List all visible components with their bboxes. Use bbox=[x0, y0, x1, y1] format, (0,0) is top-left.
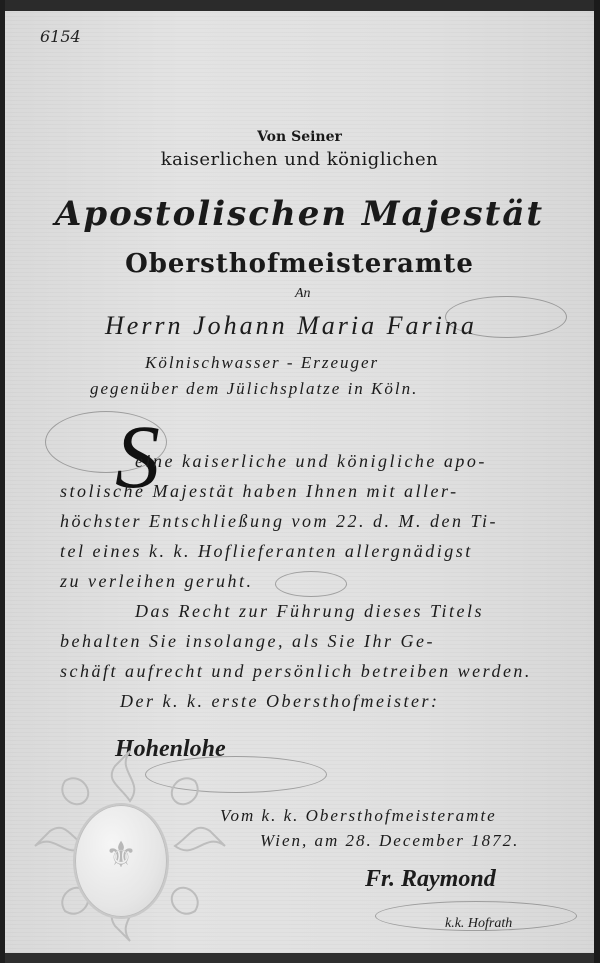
frame-bottom-border bbox=[0, 953, 600, 963]
heading-line-2: kaiserlichen und königlichen bbox=[5, 149, 594, 170]
document-page: 6154 Von Seiner kaiserlichen und königli… bbox=[5, 11, 594, 953]
body-line-8: schäft aufrecht und persönlich betreiben… bbox=[60, 661, 532, 682]
closing-office: Vom k. k. Obersthofmeisteramte bbox=[220, 806, 497, 826]
frame-top-border bbox=[0, 0, 600, 11]
heading-line-3: Apostolischen Majestät bbox=[5, 194, 594, 234]
body-line-6: Das Recht zur Führung dieses Titels bbox=[135, 601, 484, 622]
body-line-1: eine kaiserliche und königliche apo- bbox=[135, 451, 487, 472]
body-line-9: Der k. k. erste Obersthofmeister: bbox=[120, 691, 439, 712]
double-eagle-seal-icon: ⚜ bbox=[73, 803, 169, 919]
heading-line-1: Von Seiner bbox=[5, 129, 594, 145]
signature-title: k.k. Hofrath bbox=[445, 916, 512, 932]
line-end-flourish bbox=[275, 571, 347, 597]
body-line-5: zu verleihen geruht. bbox=[60, 571, 253, 592]
body-line-2: stolische Majestät haben Ihnen mit aller… bbox=[60, 481, 459, 502]
frame-right-border bbox=[594, 0, 600, 963]
address-prefix: An bbox=[295, 286, 311, 302]
body-line-4: tel eines k. k. Hoflieferanten allergnäd… bbox=[60, 541, 473, 562]
body-line-7: behalten Sie insolange, als Sie Ihr Ge- bbox=[60, 631, 435, 652]
archive-number: 6154 bbox=[40, 27, 81, 46]
heading-title: Obersthofmeisteramte bbox=[5, 249, 594, 279]
recipient-occupation: Kölnischwasser - Erzeuger bbox=[145, 353, 379, 373]
signature-raymond: Fr. Raymond bbox=[365, 866, 496, 893]
recipient-location: gegenüber dem Jülichsplatze in Köln. bbox=[90, 379, 418, 399]
eagle-emblem-icon: ⚜ bbox=[75, 835, 167, 876]
name-flourish bbox=[445, 296, 567, 338]
closing-place-date: Wien, am 28. December 1872. bbox=[260, 831, 519, 851]
recipient-name: Herrn Johann Maria Farina bbox=[105, 311, 477, 341]
body-line-3: höchster Entschließung vom 22. d. M. den… bbox=[60, 511, 498, 532]
